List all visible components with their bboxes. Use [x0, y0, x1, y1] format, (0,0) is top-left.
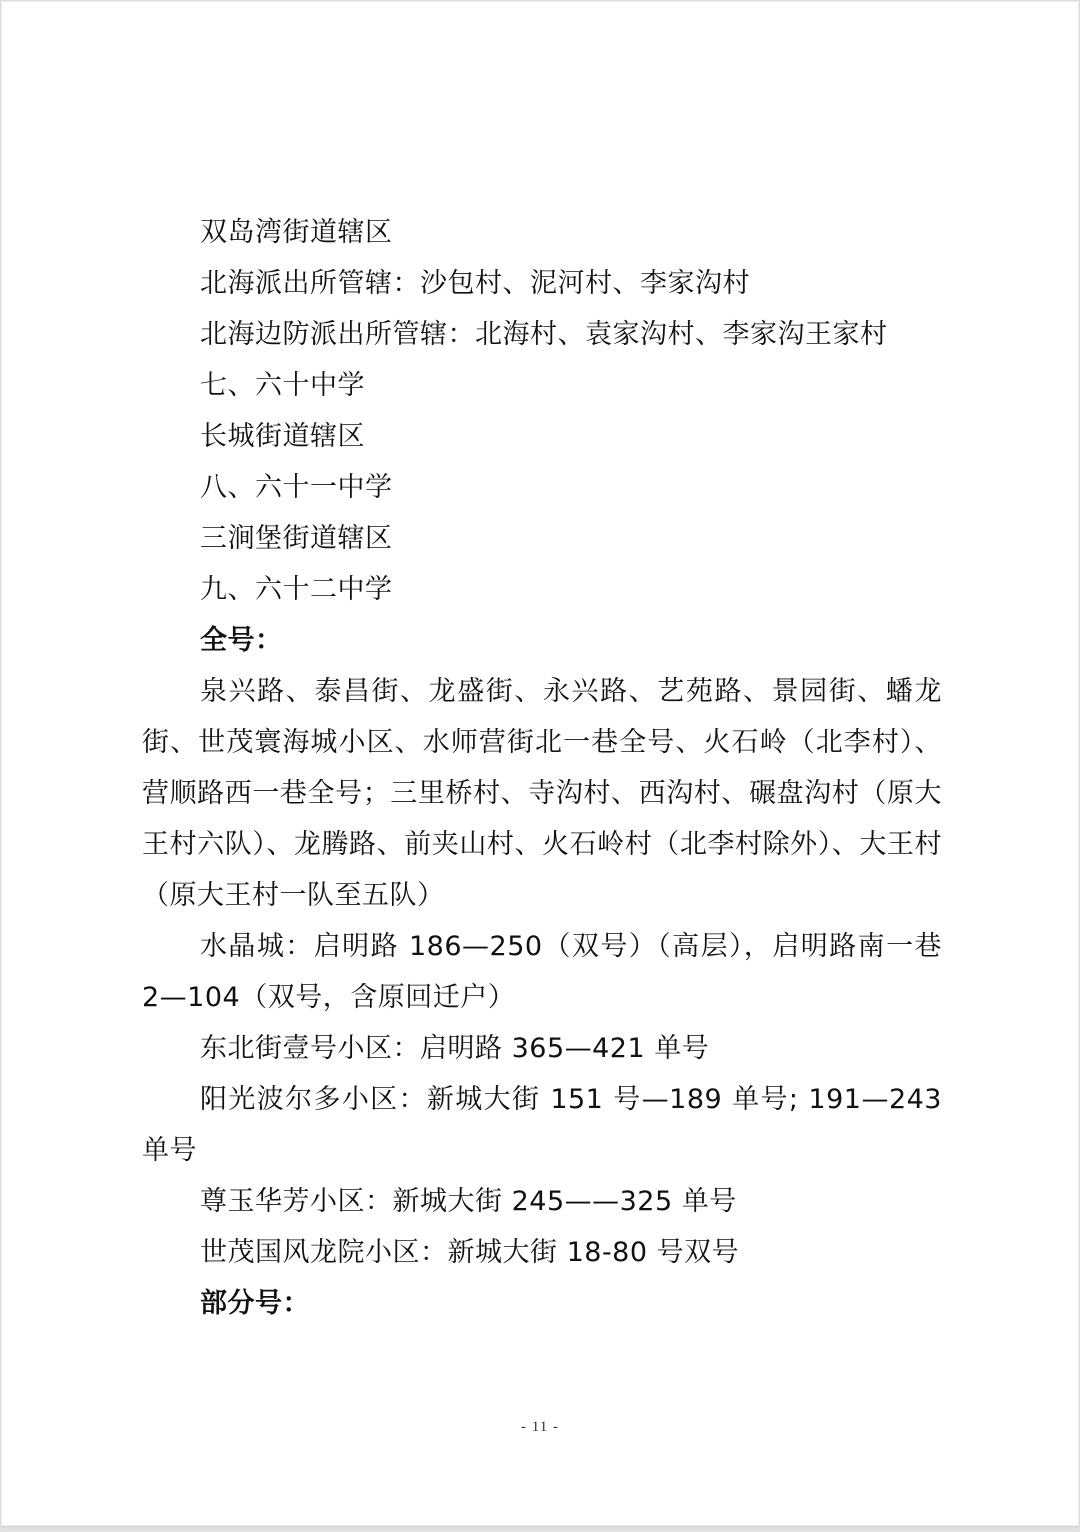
- document-body: 双岛湾街道辖区 北海派出所管辖：沙包村、泥河村、李家沟村 北海边防派出所管辖：北…: [142, 207, 942, 1329]
- beihai-police-jurisdiction: 北海派出所管辖：沙包村、泥河村、李家沟村: [142, 258, 942, 309]
- full-number-heading: 全号：: [142, 615, 942, 666]
- district-heading-shuangdaowan: 双岛湾街道辖区: [142, 207, 942, 258]
- shuijingcheng-paragraph: 水晶城：启明路 186—250（双号）（高层），启明路南一巷 2—104（双号，…: [142, 921, 942, 1023]
- full-number-streets-paragraph: 泉兴路、泰昌街、龙盛街、永兴路、艺苑路、景园街、蟠龙街、世茂寰海城小区、水师营街…: [142, 666, 942, 921]
- page-number: - 11 -: [2, 1419, 1078, 1436]
- yangguang-bordeaux-paragraph: 阳光波尔多小区：新城大街 151 号—189 单号; 191—243 单号: [142, 1074, 942, 1176]
- shimao-guofeng-paragraph: 世茂国风龙院小区：新城大街 18-80 号双号: [142, 1227, 942, 1278]
- school-heading-60: 七、六十中学: [142, 360, 942, 411]
- district-heading-sanjianbao: 三涧堡街道辖区: [142, 513, 942, 564]
- zunyu-huafang-paragraph: 尊玉华芳小区：新城大街 245——325 单号: [142, 1176, 942, 1227]
- dongbeijie-paragraph: 东北街壹号小区：启明路 365—421 单号: [142, 1023, 942, 1074]
- school-heading-62: 九、六十二中学: [142, 564, 942, 615]
- beihai-border-police-jurisdiction: 北海边防派出所管辖：北海村、袁家沟村、李家沟王家村: [142, 309, 942, 360]
- document-page: 双岛湾街道辖区 北海派出所管辖：沙包村、泥河村、李家沟村 北海边防派出所管辖：北…: [1, 1, 1079, 1526]
- district-heading-changcheng: 长城街道辖区: [142, 411, 942, 462]
- partial-number-heading: 部分号：: [142, 1278, 942, 1329]
- school-heading-61: 八、六十一中学: [142, 462, 942, 513]
